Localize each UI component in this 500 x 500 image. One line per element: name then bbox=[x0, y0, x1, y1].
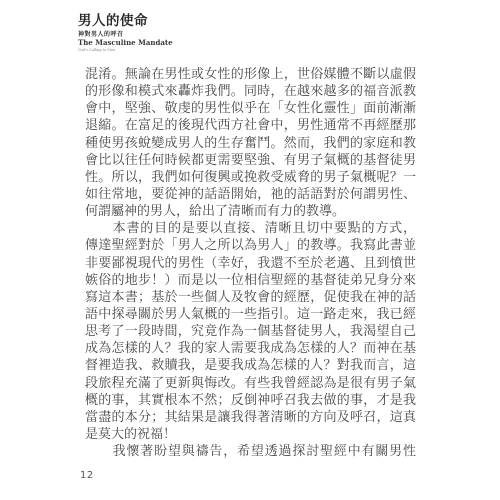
page-body-text: 混淆。無論在男性或女性的形像上，世俗媒體不斷以虛假 的形像和模式來轟炸我們。同時… bbox=[85, 66, 416, 460]
page-number: 12 bbox=[80, 470, 94, 481]
body-line: 的形像和模式來轟炸我們。同時，在越來越多的福音派教 bbox=[85, 83, 416, 100]
body-line: 何謂屬神的男人，給出了清晰而有力的教導。 bbox=[85, 203, 416, 220]
book-logo: 男人的使命 神對男人的呼召 The Masculine Mandate God'… bbox=[78, 13, 278, 52]
body-line: 是莫大的祝福！ bbox=[85, 426, 416, 443]
body-line: 當盡的本分；其結果是讓我得著清晰的方向及呼召，這真 bbox=[85, 409, 416, 426]
book-title: 男人的使命 bbox=[78, 13, 278, 30]
body-line: 嫉俗的地步！）而是以一位相信聖經的基督徒弟兄身分來 bbox=[85, 272, 416, 289]
body-line: 思考了一段時間，究竟作為一個基督徒男人，我渴望自己 bbox=[85, 323, 416, 340]
body-line: 會比以往任何時候都更需要堅強、有男子氣概的基督徒男 bbox=[85, 152, 416, 169]
body-line: 寫這本書；基於一些個人及牧會的經歷，促使我在神的話 bbox=[85, 289, 416, 306]
body-line: 成為怎樣的人？我的家人需要我成為怎樣的人？而神在基 bbox=[85, 340, 416, 357]
body-line: 概的事，其實根本不然；反倒神呼召我去做的事，才是我 bbox=[85, 392, 416, 409]
body-line: 會中，堅強、敬虔的男性似乎在「女性化靈性」面前漸漸 bbox=[85, 100, 416, 117]
body-line: 非要鄙視現代的男性（幸好，我還不至於老邁、且到憤世 bbox=[85, 255, 416, 272]
body-line: 段旅程充滿了更新與悔改。有些我曾經認為是很有男子氣 bbox=[85, 375, 416, 392]
body-line: 如往常地，要從神的話語開始，祂的話語對於何謂男性、 bbox=[85, 186, 416, 203]
book-title-english: The Masculine Mandate bbox=[78, 39, 278, 47]
body-line: 退縮。在富足的後現代西方社會中，男性通常不再經歷那 bbox=[85, 117, 416, 134]
body-line: 語中探尋關於男人氣概的一些指引。這一路走來，我已經 bbox=[85, 306, 416, 323]
body-line: 本書的目的是要以直接、清晰且切中要點的方式， bbox=[85, 220, 416, 237]
body-line: 傳達聖經對於「男人之所以為男人」的教導。我寫此書並 bbox=[85, 237, 416, 254]
body-line: 我懷著盼望與禱告，希望透過探討聖經中有關男性 bbox=[85, 443, 416, 460]
book-subtitle-english: God's Calling to Men bbox=[78, 48, 278, 52]
body-line: 混淆。無論在男性或女性的形像上，世俗媒體不斷以虛假 bbox=[85, 66, 416, 83]
book-subtitle: 神對男人的呼召 bbox=[78, 31, 278, 38]
body-line: 種使男孩蛻變成男人的生存奮鬥。然而，我們的家庭和教 bbox=[85, 135, 416, 152]
body-line: 督裡造我、救贖我，是要我成為怎樣的人？對我而言，這 bbox=[85, 357, 416, 374]
body-line: 性。所以，我們如何復興或挽救受威脅的男子氣概呢？一 bbox=[85, 169, 416, 186]
